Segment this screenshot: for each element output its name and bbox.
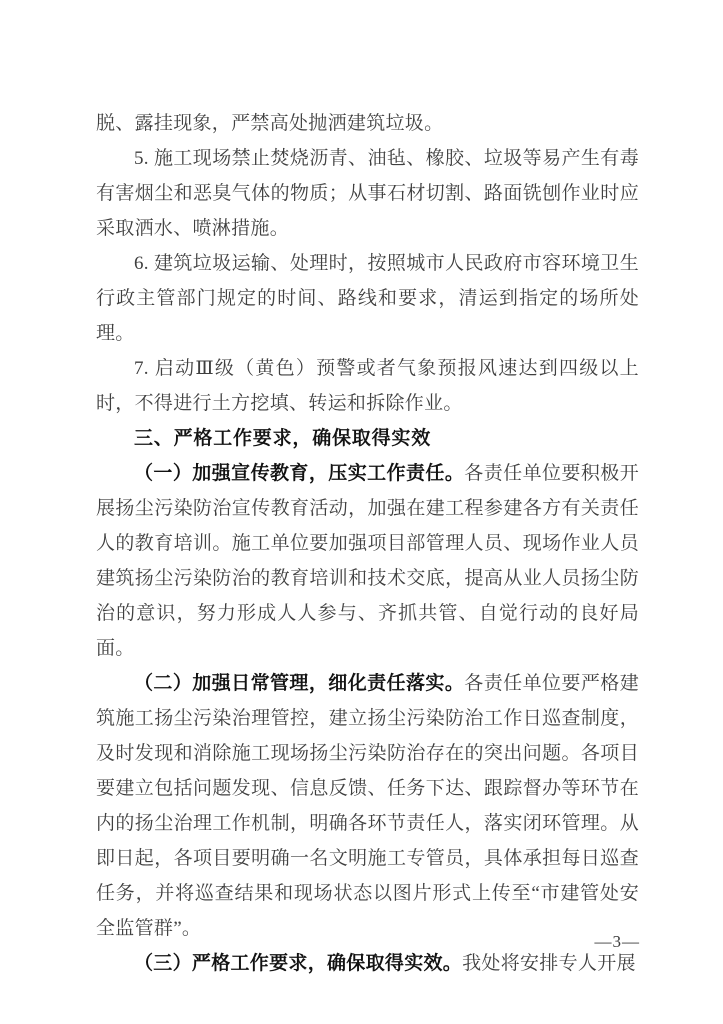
paragraph-item-5: 5. 施工现场禁止焚烧沥青、油毡、橡胶、垃圾等易产生有毒有害烟尘和恶臭气体的物质… [96,141,639,246]
section-heading-3: 三、严格工作要求，确保取得实效 [96,421,639,456]
paragraph-continuation: 脱、露挂现象，严禁高处抛洒建筑垃圾。 [96,106,639,141]
paragraph-item-6: 6. 建筑垃圾运输、处理时，按照城市人民政府市容环境卫生行政主管部门规定的时间、… [96,246,639,351]
sub-3-body: 我处将安排专人开展 [462,953,636,974]
page-number: —3— [595,930,641,954]
paragraph-sub-2: （二）加强日常管理，细化责任落实。各责任单位要严格建筑施工扬尘污染治理管控，建立… [96,666,639,946]
sub-1-body: 各责任单位要积极开展扬尘污染防治宣传教育活动，加强在建工程参建各方有关责任人的教… [96,463,639,659]
sub-3-lead: （三）严格工作要求，确保取得实效。 [134,953,462,974]
paragraph-sub-1: （一）加强宣传教育，压实工作责任。各责任单位要积极开展扬尘污染防治宣传教育活动，… [96,456,639,666]
document-page: 脱、露挂现象，严禁高处抛洒建筑垃圾。 5. 施工现场禁止焚烧沥青、油毡、橡胶、垃… [0,0,723,1024]
document-body: 脱、露挂现象，严禁高处抛洒建筑垃圾。 5. 施工现场禁止焚烧沥青、油毡、橡胶、垃… [96,106,639,981]
sub-2-lead: （二）加强日常管理，细化责任落实。 [134,673,464,694]
sub-2-body: 各责任单位要严格建筑施工扬尘污染治理管控，建立扬尘污染防治工作日巡查制度，及时发… [96,673,639,939]
sub-1-lead: （一）加强宣传教育，压实工作责任。 [134,463,464,484]
paragraph-item-7: 7. 启动Ⅲ级（黄色）预警或者气象预报风速达到四级以上时，不得进行土方挖填、转运… [96,351,639,421]
paragraph-sub-3: （三）严格工作要求，确保取得实效。我处将安排专人开展 [96,946,639,981]
